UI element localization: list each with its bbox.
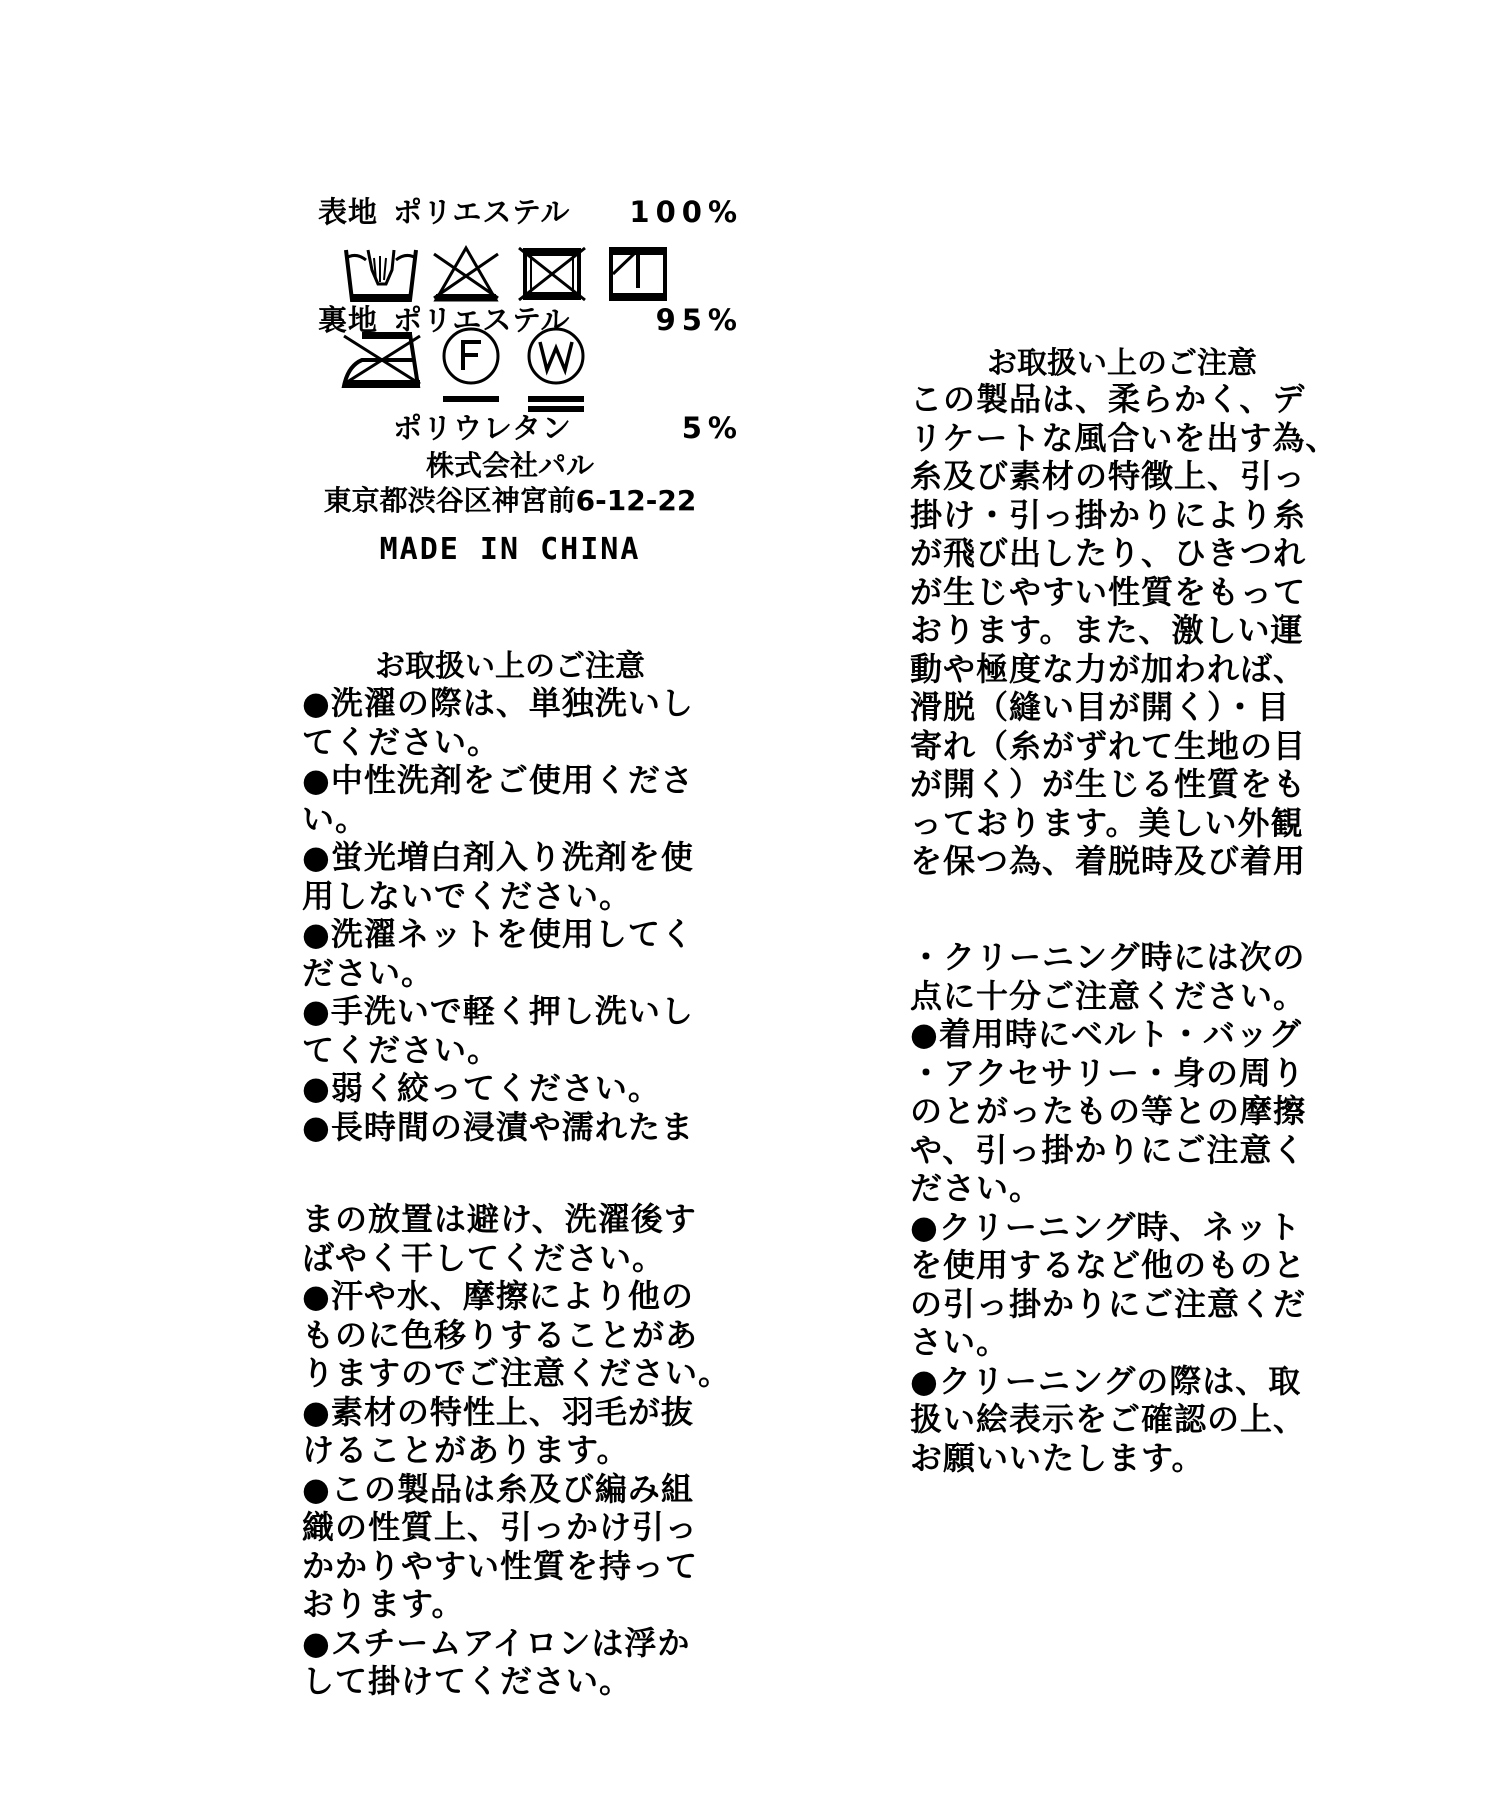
notice-line: の引っ掛かりにご注意くだ <box>910 1285 1306 1324</box>
notice-line: ●長時間の浸漬や濡れたま <box>302 1108 694 1147</box>
notice-line: 糸及び素材の特徴上、引っ <box>910 457 1338 496</box>
notice-line: 掛け・引っ掛かりにより糸 <box>910 496 1338 535</box>
no-tumble-dry-icon <box>517 244 587 304</box>
notice-line: さい。 <box>910 1323 1306 1362</box>
notice-line: ●弱く絞ってください。 <box>302 1069 694 1108</box>
notice-line: 動や極度な力が加われば、 <box>910 650 1338 689</box>
notice-line: かかりやすい性質を持って <box>302 1547 731 1586</box>
notice-line: ●クリーニングの際は、取 <box>910 1362 1306 1401</box>
notice-line: 点に十分ご注意ください。 <box>910 977 1306 1016</box>
notice-line: ばやく干してください。 <box>302 1239 731 1278</box>
notice-line: てください。 <box>302 723 694 762</box>
notice-line: ●中性洗剤をご使用くださ <box>302 761 694 800</box>
notice-line: のとがったもの等との摩擦 <box>910 1092 1306 1131</box>
notice-line: お願いいたします。 <box>910 1439 1306 1478</box>
notice-line: 織の性質上、引っかけ引っ <box>302 1508 731 1547</box>
notice-line: ●蛍光増白剤入り洗剤を使 <box>302 838 694 877</box>
notice-line: を保つ為、着脱時及び着用 <box>910 842 1338 881</box>
notice-line: 滑脱（縫い目が開く）・目 <box>910 688 1338 727</box>
dry-clean-f-gentle-icon <box>437 326 505 408</box>
notice-line: リケートな風合いを出す為、 <box>910 419 1338 458</box>
right-notice-block-1: この製品は、柔らかく、デリケートな風合いを出す為、糸及び素材の特徴上、引っ掛け・… <box>910 380 1338 881</box>
line-dry-shade-icon <box>608 244 668 304</box>
notice-line: が飛び出したり、ひきつれ <box>910 534 1338 573</box>
notice-line: ものに色移りすることがあ <box>302 1316 731 1355</box>
notice-line: して掛けてください。 <box>302 1662 731 1701</box>
notice-line: ●この製品は糸及び編み組 <box>302 1470 731 1509</box>
notice-line: 寄れ（糸がずれて生地の目 <box>910 727 1338 766</box>
notice-line: ●汗や水、摩擦により他の <box>302 1277 731 1316</box>
notice-line: っております。美しい外観 <box>910 804 1338 843</box>
notice-line: ・アクセサリー・身の周り <box>910 1054 1306 1093</box>
left-notice-title: お取扱い上のご注意 <box>300 641 720 685</box>
notice-line: が生じやすい性質をもって <box>910 573 1338 612</box>
company-name: 株式会社パル <box>300 448 720 483</box>
notice-line: ●着用時にベルト・バッグ <box>910 1015 1306 1054</box>
notice-line: おります。 <box>302 1585 731 1624</box>
notice-line: ●手洗いで軽く押し洗いし <box>302 992 694 1031</box>
notice-line: ださい。 <box>302 954 694 993</box>
notice-line: まの放置は避け、洗濯後す <box>302 1200 731 1239</box>
notice-line: りますのでご注意ください。 <box>302 1354 731 1393</box>
no-bleach-icon <box>430 244 502 304</box>
notice-line: を使用するなど他のものと <box>910 1246 1306 1285</box>
notice-line: ●洗濯の際は、単独洗いし <box>302 684 694 723</box>
notice-line: や、引っ掛かりにご注意く <box>910 1131 1306 1170</box>
company-address: 東京都渋谷区神宮前6-12-22 <box>300 483 720 518</box>
right-notice-block-2: ・クリーニング時には次の点に十分ご注意ください。●着用時にベルト・バッグ・アクセ… <box>910 938 1306 1477</box>
notice-line: おります。また、激しい運 <box>910 611 1338 650</box>
notice-line: が開く）が生じる性質をも <box>910 765 1338 804</box>
notice-line: 扱い絵表示をご確認の上、 <box>910 1400 1306 1439</box>
right-notice-title: お取扱い上のご注意 <box>912 338 1332 382</box>
notice-line: い。 <box>302 800 694 839</box>
notice-line: ●洗濯ネットを使用してく <box>302 915 694 954</box>
notice-line: ●スチームアイロンは浮か <box>302 1624 731 1663</box>
left-notice-block-2: まの放置は避け、洗濯後すばやく干してください。●汗や水、摩擦により他のものに色移… <box>302 1200 731 1701</box>
notice-line: てください。 <box>302 1031 694 1070</box>
hand-wash-icon <box>342 244 420 304</box>
notice-line: ・クリーニング時には次の <box>910 938 1306 977</box>
notice-line: ●素材の特性上、羽毛が抜 <box>302 1393 731 1432</box>
no-iron-icon <box>340 330 424 390</box>
country-of-origin: MADE IN CHINA <box>300 532 720 567</box>
notice-line: ださい。 <box>910 1169 1306 1208</box>
notice-line: 用しないでください。 <box>302 877 694 916</box>
wet-clean-very-gentle-icon <box>522 326 590 416</box>
notice-line: ●クリーニング時、ネット <box>910 1208 1306 1247</box>
notice-line: この製品は、柔らかく、デ <box>910 380 1338 419</box>
notice-line: けることがあります。 <box>302 1431 731 1470</box>
left-notice-block-1: ●洗濯の際は、単独洗いしてください。●中性洗剤をご使用ください。●蛍光増白剤入り… <box>302 684 694 1146</box>
